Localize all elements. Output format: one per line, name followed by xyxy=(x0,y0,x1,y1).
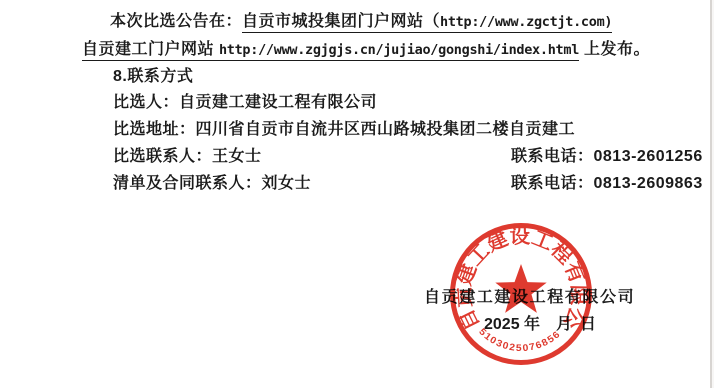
contact-row-contract-liaison: 清单及合同联系人：刘女士 联系电话：0813-2609863 xyxy=(113,175,673,193)
citou-portal-link[interactable]: 自贡市城投集团门户网站（http://www.zgctjt.com) xyxy=(242,13,612,33)
company-seal: 自贡建工建设工程有限公司 5103025076856 xyxy=(448,221,594,367)
document-page: 本次比选公告在：自贡市城投集团门户网站（http://www.zgctjt.co… xyxy=(0,0,714,388)
contact-row-address: 比选地址：四川省自贡市自流井区西山路城投集团二楼自贡建工 xyxy=(113,121,673,139)
contact-row-label: 清单及合同联系人：刘女士 xyxy=(113,175,311,192)
contact-row-liaison: 比选联系人：王女士 联系电话：0813-2601256 xyxy=(113,148,673,166)
contact-row-bidder: 比选人：自贡建工建设工程有限公司 xyxy=(113,94,673,112)
announcement-prefix: 本次比选公告在： xyxy=(110,13,242,30)
contact-row-label: 比选联系人：王女士 xyxy=(113,148,262,165)
page-edge-line xyxy=(710,0,712,388)
contact-row-label: 比选人：自贡建工建设工程有限公司 xyxy=(113,94,377,111)
jiangong-portal-url[interactable]: http://www.zgjgjs.cn/jujiao/gongshi/inde… xyxy=(219,42,579,58)
seal-star-icon xyxy=(495,264,546,313)
contact-section-heading: 8.联系方式 xyxy=(113,68,193,86)
jiangong-portal-link[interactable]: 自贡建工门户网站 http://www.zgjgjs.cn/jujiao/gon… xyxy=(82,41,579,61)
announcement-line-1: 本次比选公告在：自贡市城投集团门户网站（http://www.zgctjt.co… xyxy=(110,13,612,31)
contact-row-phone: 联系电话：0813-2601256 xyxy=(511,148,703,166)
announcement-suffix: 上发布。 xyxy=(579,41,650,58)
announcement-line-2: 自贡建工门户网站 http://www.zgjgjs.cn/jujiao/gon… xyxy=(82,41,650,59)
citou-portal-url[interactable]: http://www.zgctjt.com xyxy=(440,14,604,30)
contact-row-label: 比选地址：四川省自贡市自流井区西山路城投集团二楼自贡建工 xyxy=(113,121,575,138)
contact-row-phone: 联系电话：0813-2609863 xyxy=(511,175,703,193)
seal-serial-number: 5103025076856 xyxy=(476,326,563,354)
